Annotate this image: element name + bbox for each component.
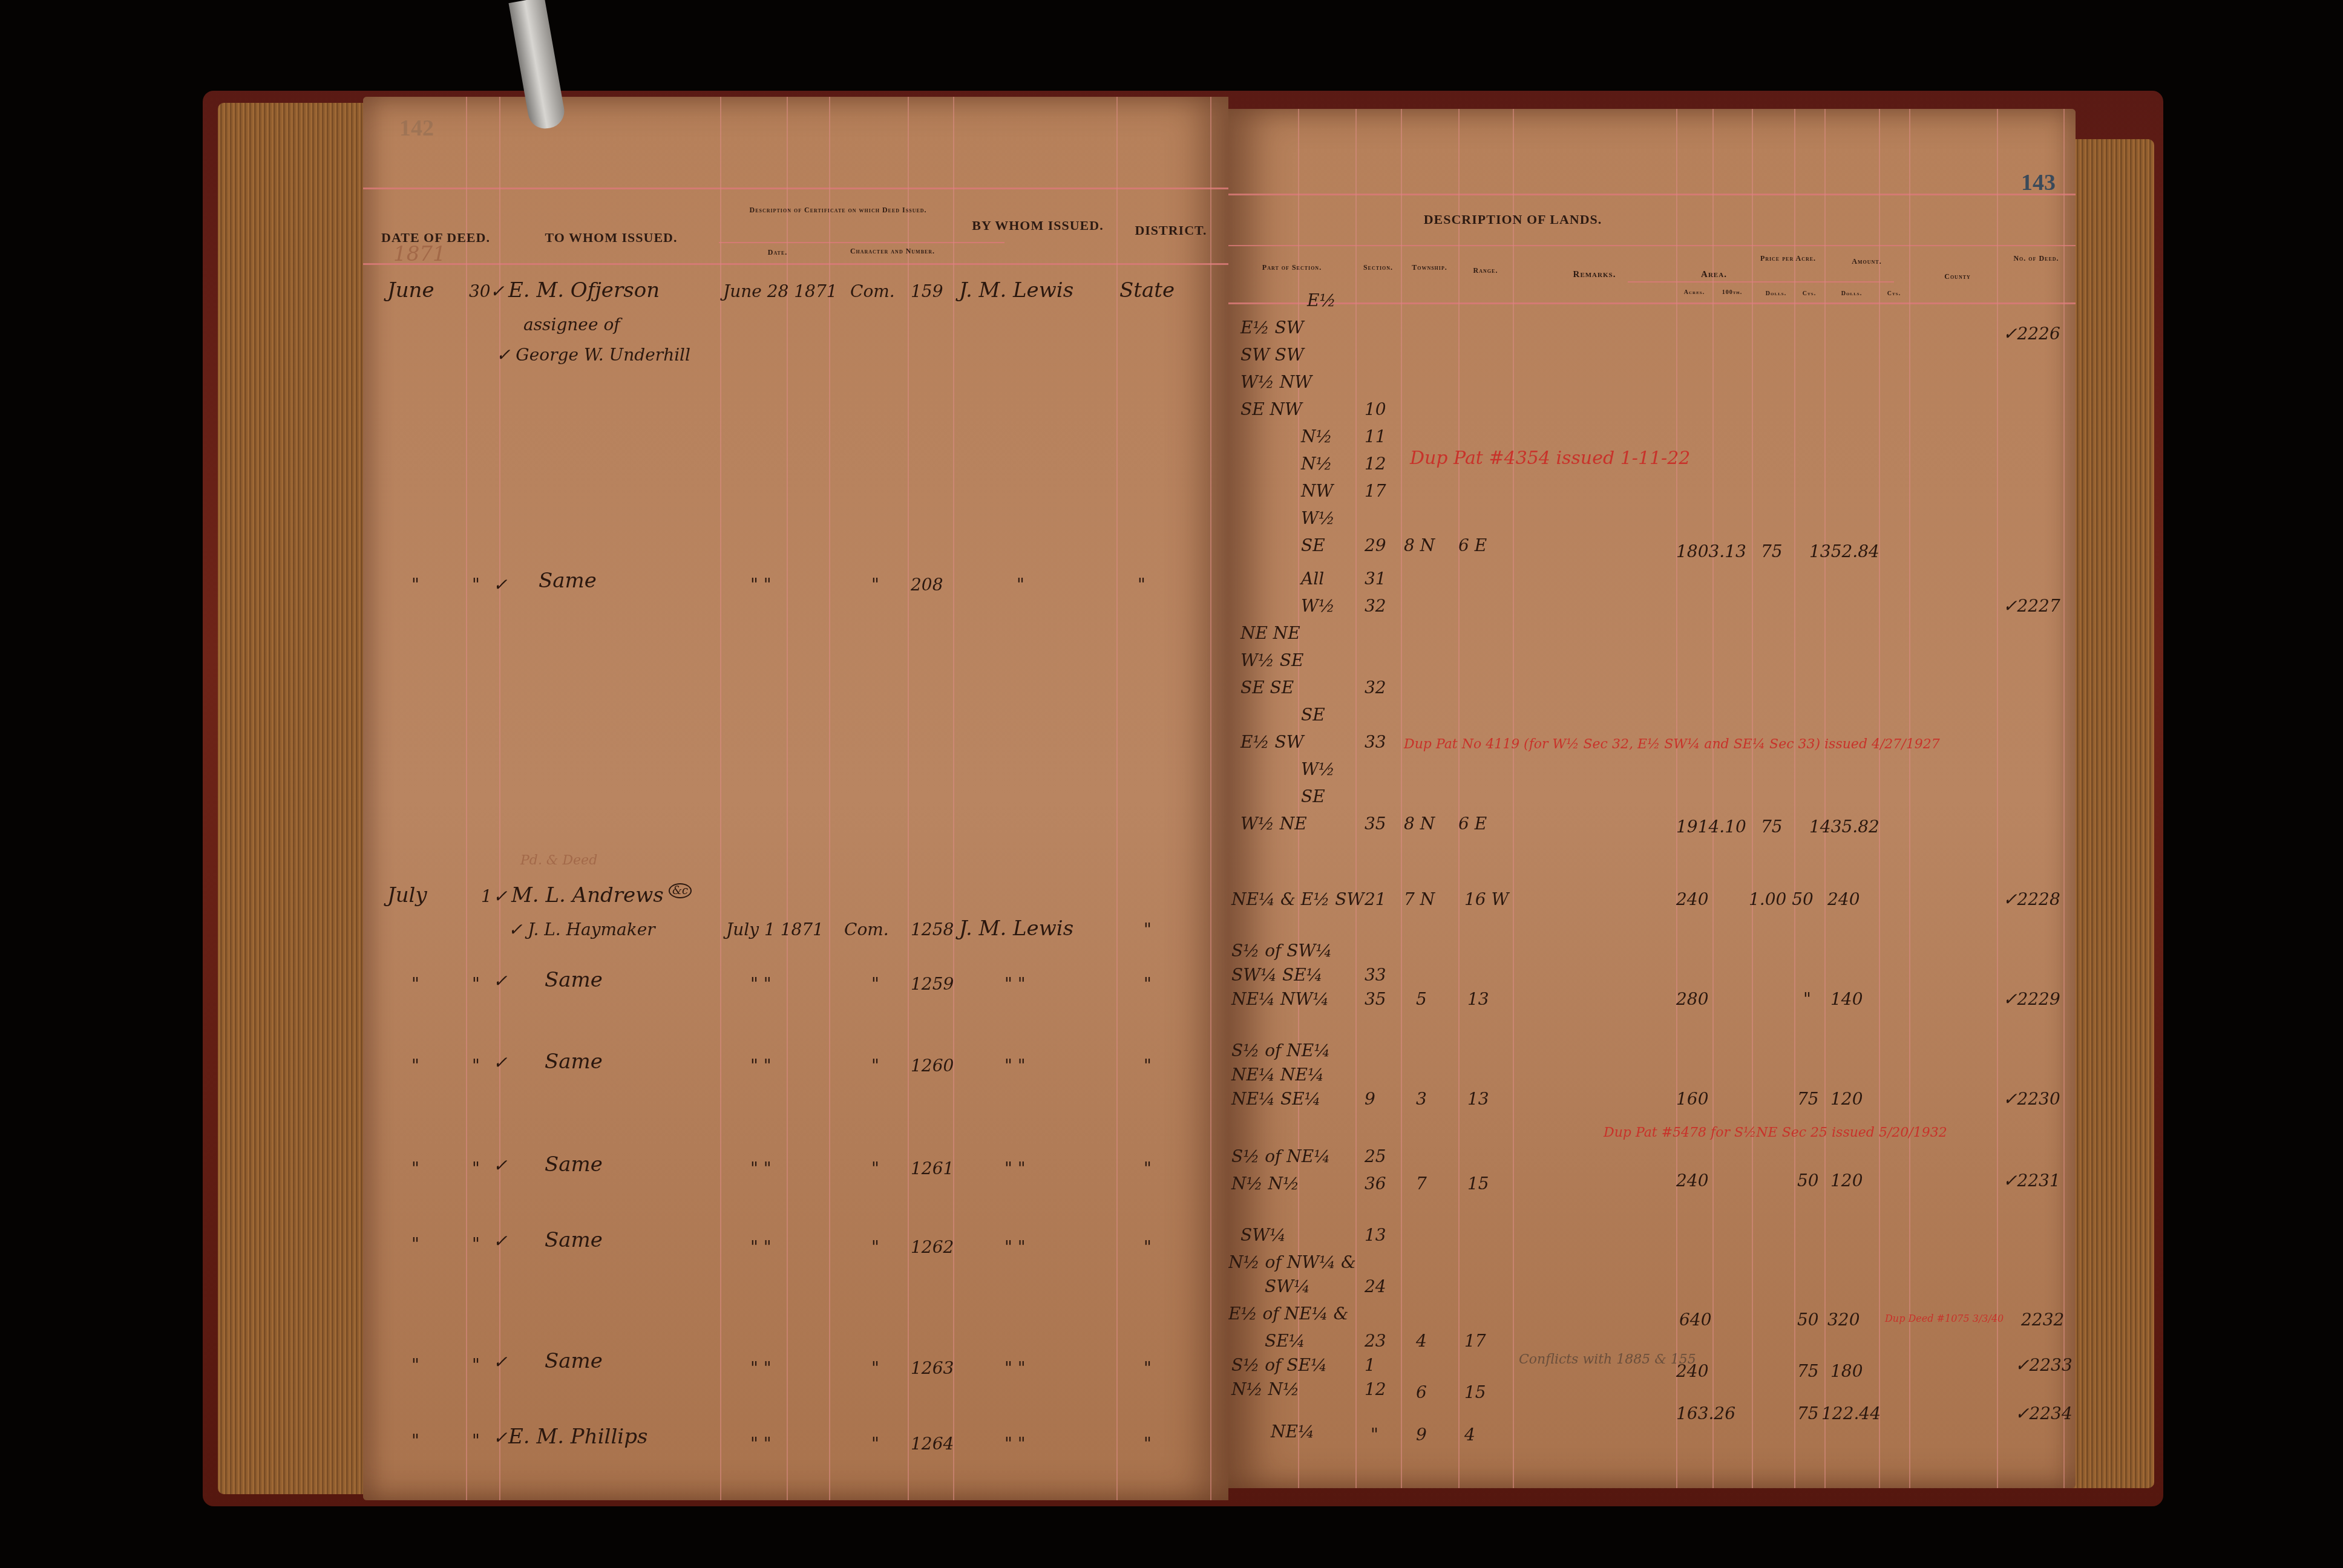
left-page: 142 DATE OF DEED. TO WHOM ISSUED. Descri…: [363, 97, 1228, 1500]
amount: 120: [1830, 1171, 1863, 1191]
entry-day: 1: [481, 886, 492, 906]
part-of-section: NE¼: [1271, 1422, 1314, 1442]
header-by-whom-issued: BY WHOM ISSUED.: [959, 218, 1116, 234]
part-of-section: E½: [1307, 290, 1336, 310]
range: 16 W: [1464, 889, 1509, 909]
part-of-section: SE: [1301, 535, 1325, 555]
district: ": [1144, 1056, 1152, 1076]
certificate-date: July 1 1871: [726, 920, 824, 939]
issued-by: " ": [1004, 1158, 1026, 1178]
grantee-name: E. M. Phillips: [508, 1425, 647, 1449]
range: 6 E: [1458, 535, 1487, 555]
entry-day: ": [472, 1431, 480, 1451]
township: 4: [1416, 1331, 1427, 1351]
certificate-date: " ": [750, 575, 772, 595]
township: 9: [1416, 1425, 1427, 1445]
header-sub-rule: [1628, 281, 1894, 283]
certificate-date: " ": [750, 1056, 772, 1076]
township: 8 N: [1404, 814, 1435, 834]
deed-number: ✓2230: [2003, 1089, 2060, 1109]
certificate-number: 1262: [911, 1237, 954, 1257]
district: State: [1119, 278, 1175, 302]
section-number: 25: [1365, 1146, 1386, 1166]
issued-by: ": [1017, 575, 1024, 595]
deed-number: ✓2233: [2015, 1355, 2073, 1375]
part-of-section: W½ SE: [1240, 650, 1303, 670]
header-amount-dolls: Dolls.: [1833, 290, 1870, 298]
district: ": [1144, 920, 1152, 939]
range: 13: [1467, 989, 1489, 1009]
header-acres: Acres.: [1676, 289, 1712, 296]
entry-day: 30: [469, 281, 491, 301]
amount: 120: [1830, 1089, 1863, 1109]
amount: 140: [1830, 989, 1863, 1009]
district: ": [1144, 974, 1152, 994]
certificate-number: 1261: [911, 1158, 954, 1178]
township: 7: [1416, 1174, 1427, 1194]
check-mark-icon: ✓: [493, 1053, 507, 1073]
amount: 320: [1827, 1310, 1860, 1330]
entry-month: ": [411, 974, 419, 994]
amount: 240: [1827, 889, 1860, 909]
price-per-acre: 50: [1797, 1310, 1819, 1330]
header-range: Range.: [1458, 266, 1513, 275]
header-certificate-date: Date.: [726, 248, 829, 256]
header-amount-cts: Cts.: [1879, 290, 1909, 298]
part-of-section: SE: [1301, 786, 1325, 806]
header-remarks: Remarks.: [1513, 269, 1676, 280]
area-acres: 1914.10: [1676, 817, 1746, 837]
section-number: 33: [1365, 732, 1386, 752]
district: ": [1144, 1358, 1152, 1378]
header-part-of-section: Part of Section.: [1231, 263, 1352, 272]
header-bottom-rule: [363, 263, 1228, 265]
price-per-acre: 75: [1761, 817, 1783, 837]
entry-day: ": [472, 1056, 480, 1076]
part-of-section: W½: [1301, 759, 1335, 779]
area-acres: 163.26: [1676, 1403, 1735, 1423]
certificate-date: " ": [750, 1358, 772, 1378]
deed-number: ✓2231: [2003, 1171, 2060, 1191]
entry-month: ": [411, 1056, 419, 1076]
grantee-name: M. L. Andrews: [511, 883, 664, 907]
entry-day: ": [472, 1234, 480, 1254]
entry-month: July: [387, 883, 427, 907]
entry-month: ": [411, 575, 419, 595]
left-page-number: 142: [399, 115, 434, 142]
deed-number: ✓2226: [2003, 324, 2060, 344]
amount: 1435.82: [1809, 817, 1879, 837]
header-certificate-description: Description of Certificate on which Deed…: [726, 206, 950, 214]
certificate-number: 1258: [911, 920, 954, 939]
issued-by: " ": [1004, 1237, 1026, 1257]
part-of-section: E½ of NE¼ &: [1228, 1304, 1349, 1324]
price-per-acre: 1.00 50: [1749, 889, 1814, 909]
cert-subheader-rule: [719, 242, 1004, 243]
grantee-name-line2: assignee of: [523, 315, 620, 335]
entry-month: ": [411, 1431, 419, 1451]
header-price-per-acre: Price per Acre.: [1752, 254, 1824, 263]
pencil-note: Pd. & Deed: [520, 853, 597, 868]
deed-number: ✓2234: [2015, 1403, 2073, 1423]
price-per-acre: 75: [1761, 541, 1783, 561]
red-annotation: Dup Pat #5478 for S½NE Sec 25 issued 5/2…: [1604, 1125, 1947, 1140]
section-number: 1: [1365, 1355, 1375, 1375]
area-acres: 240: [1676, 889, 1708, 909]
check-mark-icon: ✓: [493, 1352, 507, 1372]
header-hundredths: 100th.: [1712, 289, 1752, 296]
section-number: ": [1371, 1425, 1378, 1445]
pencil-remark: Conflicts with 1885 & 155: [1519, 1352, 1696, 1367]
grantee-name: Same: [545, 1349, 603, 1373]
right-page-number: 143: [2021, 169, 2056, 196]
part-of-section: SW¼: [1240, 1225, 1286, 1245]
red-annotation: Dup Deed #1075 3/3/40: [1885, 1313, 2004, 1324]
range: 4: [1464, 1425, 1475, 1445]
certificate-number: 208: [911, 575, 943, 595]
check-mark-icon: ✓: [493, 971, 507, 991]
header-top-rule: [363, 188, 1228, 189]
part-of-section: SE SE: [1240, 678, 1294, 697]
certificate-character: ": [871, 1434, 879, 1454]
part-of-section: N½ N½: [1231, 1174, 1299, 1194]
red-annotation: Dup Pat #4354 issued 1-11-22: [1410, 448, 1690, 469]
part-of-section: W½: [1301, 596, 1335, 616]
section-number: 21: [1365, 889, 1386, 909]
header-county: County: [1918, 272, 1997, 281]
header-section: Section.: [1355, 263, 1401, 272]
section-number: 12: [1365, 454, 1386, 474]
section-number: 33: [1365, 965, 1386, 985]
area-acres: 240: [1676, 1171, 1708, 1191]
certificate-number: 159: [911, 281, 943, 301]
part-of-section: NE NE: [1240, 623, 1300, 643]
part-of-section: NE¼ SE¼: [1231, 1089, 1321, 1109]
area-acres: 280: [1676, 989, 1708, 1009]
check-mark-icon: ✓: [493, 1231, 507, 1251]
header-description-of-lands: DESCRIPTION OF LANDS.: [1392, 212, 1634, 227]
part-of-section: SE¼: [1265, 1331, 1305, 1351]
part-of-section: S½ of SE¼: [1231, 1355, 1327, 1375]
section-number: 29: [1365, 535, 1386, 555]
area-acres: 160: [1676, 1089, 1708, 1109]
check-mark-icon: ✓: [490, 281, 504, 301]
grantee-name-line3: ✓ George W. Underhill: [496, 345, 690, 365]
amount: 1352.84: [1809, 541, 1879, 561]
entry-day: ": [472, 575, 480, 595]
deed-number: ✓2229: [2003, 989, 2060, 1009]
township: 3: [1416, 1089, 1427, 1109]
grantee-name: Same: [545, 1152, 603, 1177]
section-number: 12: [1365, 1379, 1386, 1399]
section-number: 36: [1365, 1174, 1386, 1194]
part-of-section: NE¼ NE¼: [1231, 1065, 1324, 1085]
circled-annotation: &c: [669, 883, 692, 898]
part-of-section: E½ SW: [1240, 732, 1303, 752]
area-acres: 1803.13: [1676, 541, 1746, 561]
range: 15: [1464, 1382, 1486, 1402]
check-mark-icon: ✓: [493, 886, 507, 906]
year-label: 1871: [393, 242, 446, 266]
section-number: 11: [1365, 426, 1386, 446]
grantee-name: Same: [545, 968, 603, 992]
page-edges-left: [218, 103, 363, 1494]
part-of-section: S½ of SW¼: [1231, 941, 1332, 961]
district: ": [1144, 1158, 1152, 1178]
certificate-character: ": [871, 974, 879, 994]
entry-month: June: [387, 278, 434, 302]
certificate-character: Com.: [844, 920, 889, 939]
header-amount: Amount.: [1824, 257, 1909, 266]
part-of-section: S½ of NE¼: [1231, 1146, 1330, 1166]
certificate-date: " ": [750, 1158, 772, 1178]
range: 15: [1467, 1174, 1489, 1194]
certificate-character: ": [871, 1237, 879, 1257]
header-area: Area.: [1676, 269, 1752, 280]
district: ": [1144, 1237, 1152, 1257]
price-per-acre: 75: [1797, 1089, 1819, 1109]
grantee-name: Same: [539, 569, 597, 593]
header-price-dolls: Dolls.: [1761, 290, 1791, 298]
entry-month: ": [411, 1355, 419, 1375]
certificate-number: 1263: [911, 1358, 954, 1378]
certificate-number: 1259: [911, 974, 954, 994]
part-of-section: SE: [1301, 705, 1325, 725]
grantee-name: E. M. Ofjerson: [508, 278, 660, 302]
grantee-name-line2: ✓ J. L. Haymaker: [508, 920, 655, 939]
issued-by: " ": [1004, 1358, 1026, 1378]
issued-by: " ": [1004, 974, 1026, 994]
grantee-name: Same: [545, 1050, 603, 1074]
certificate-character: Com.: [850, 281, 895, 301]
township: 8 N: [1404, 535, 1435, 555]
header-to-whom-issued: TO WHOM ISSUED.: [502, 230, 720, 246]
certificate-date: " ": [750, 1434, 772, 1454]
header-certificate-number: Character and Number.: [832, 247, 953, 255]
part-of-section: E½ SW: [1240, 318, 1303, 338]
amount: 122.44: [1821, 1403, 1881, 1423]
right-page: 143 DESCRIPTION OF LANDS. Part of Sectio…: [1228, 109, 2076, 1488]
section-number: 35: [1365, 814, 1386, 834]
part-of-section: All: [1301, 569, 1324, 589]
grantee-name: Same: [545, 1228, 603, 1252]
header-no-of-deed: No. of Deed.: [2009, 254, 2063, 263]
certificate-character: ": [871, 1358, 879, 1378]
certificate-character: ": [871, 1158, 879, 1178]
section-number: 32: [1365, 678, 1386, 697]
section-number: 10: [1365, 399, 1386, 419]
part-of-section: NE¼ NW¼: [1231, 989, 1329, 1009]
deed-number: ✓2228: [2003, 889, 2060, 909]
certificate-date: " ": [750, 1237, 772, 1257]
range: 6 E: [1458, 814, 1487, 834]
township: 6: [1416, 1382, 1427, 1402]
part-of-section: S½ of NE¼: [1231, 1040, 1330, 1060]
check-mark-icon: ✓: [493, 575, 507, 595]
section-number: 31: [1365, 569, 1386, 589]
price-per-acre: 50: [1797, 1171, 1819, 1191]
part-of-section: N½ N½: [1231, 1379, 1299, 1399]
header-township: Township.: [1401, 263, 1458, 272]
township: 7 N: [1404, 889, 1435, 909]
part-of-section: W½ NW: [1240, 372, 1312, 392]
part-of-section: W½ NE: [1240, 814, 1307, 834]
price-per-acre: 75: [1797, 1361, 1819, 1381]
check-mark-icon: ✓: [493, 1155, 507, 1175]
price-per-acre: 75: [1797, 1403, 1819, 1423]
district: ": [1138, 575, 1145, 595]
section-number: 23: [1365, 1331, 1386, 1351]
certificate-character: ": [871, 575, 879, 595]
price-per-acre: ": [1803, 989, 1811, 1009]
certificate-number: 1264: [911, 1434, 954, 1454]
section-number: 13: [1365, 1225, 1386, 1245]
issued-by: J. M. Lewis: [959, 278, 1073, 302]
entry-day: ": [472, 1355, 480, 1375]
section-number: 24: [1365, 1276, 1386, 1296]
part-of-section: N½: [1301, 426, 1332, 446]
area-acres: 640: [1679, 1310, 1711, 1330]
certificate-date: June 28 1871: [723, 281, 837, 301]
part-of-section: SW¼ SE¼: [1231, 965, 1323, 985]
certificate-number: 1260: [911, 1056, 954, 1076]
entry-month: ": [411, 1158, 419, 1178]
section-number: 17: [1365, 481, 1386, 501]
red-annotation: Dup Pat No 4119 (for W½ Sec 32, E½ SW¼ a…: [1404, 737, 1940, 752]
part-of-section: SW SW: [1240, 345, 1304, 365]
deed-number: ✓2227: [2003, 596, 2060, 616]
part-of-section: NE¼ & E½ SW: [1231, 889, 1364, 909]
certificate-character: ": [871, 1056, 879, 1076]
issued-by: " ": [1004, 1056, 1026, 1076]
part-of-section: NW: [1301, 481, 1333, 501]
area-acres: 240: [1676, 1361, 1708, 1381]
page-edges-right: [2069, 139, 2154, 1488]
part-of-section: N½ of NW¼ &: [1228, 1252, 1356, 1272]
district: ": [1144, 1434, 1152, 1454]
issued-by: " ": [1004, 1434, 1026, 1454]
issued-by: J. M. Lewis: [959, 916, 1073, 941]
township: 5: [1416, 989, 1427, 1009]
deed-number: 2232: [2021, 1310, 2064, 1330]
section-number: 32: [1365, 596, 1386, 616]
certificate-date: " ": [750, 974, 772, 994]
part-of-section: W½: [1301, 508, 1335, 528]
amount: 180: [1830, 1361, 1863, 1381]
check-mark-icon: ✓: [493, 1428, 507, 1448]
entry-month: ": [411, 1234, 419, 1254]
section-number: 9: [1365, 1089, 1375, 1109]
part-of-section: SW¼: [1265, 1276, 1310, 1296]
entry-day: ": [472, 1158, 480, 1178]
part-of-section: N½: [1301, 454, 1332, 474]
entry-day: ": [472, 974, 480, 994]
section-number: 35: [1365, 989, 1386, 1009]
header-district: DISTRICT.: [1122, 223, 1219, 238]
range: 17: [1464, 1331, 1486, 1351]
part-of-section: SE NW: [1240, 399, 1302, 419]
header-price-cts: Cts.: [1794, 290, 1824, 298]
range: 13: [1467, 1089, 1489, 1109]
